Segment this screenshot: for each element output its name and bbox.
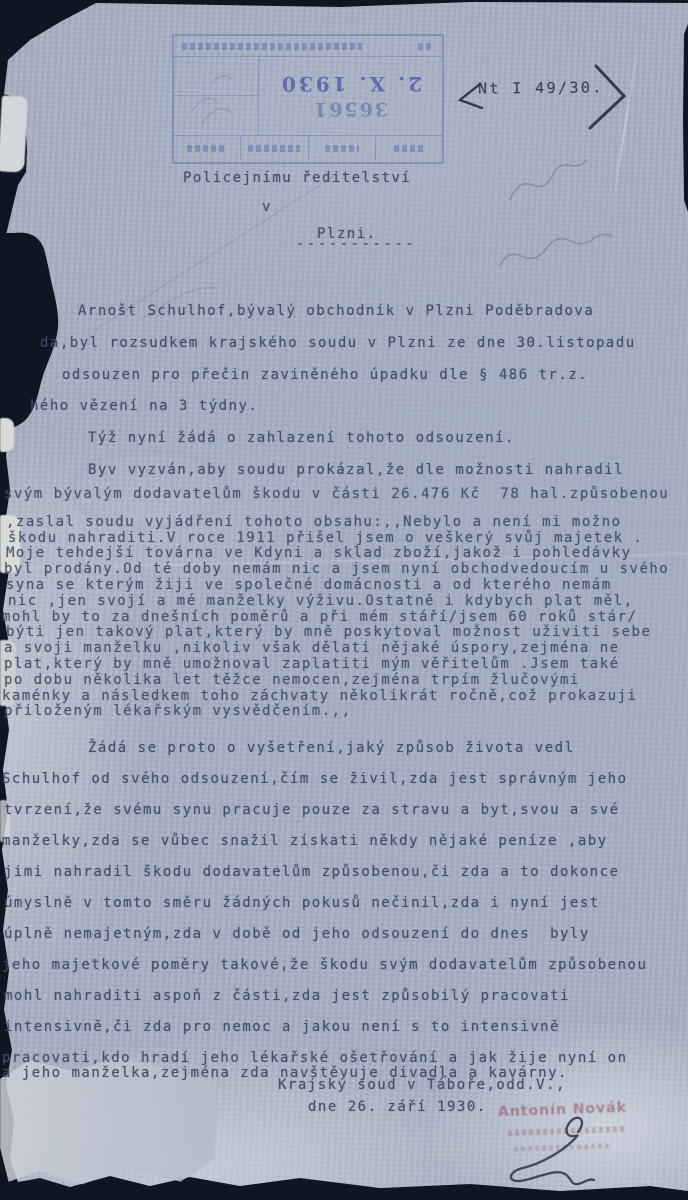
typewritten-line: svým bývalým dodavatelům škodu v části 2… [4, 487, 669, 503]
closing-court-and-date: Krajský soud v Táboře,odd.V.,dne 26. zář… [0, 1074, 566, 1118]
recipient-line: v [262, 199, 272, 215]
typewritten-line: Moje tehdejší továrna ve Kdyni a sklad z… [6, 546, 669, 562]
typed-underline: ----------- [296, 236, 416, 252]
typewritten-line: býti jen takový plat,který by mně poskyt… [6, 625, 669, 641]
typewritten-line: plat,který by mně umožnoval zaplatiti mý… [4, 657, 669, 673]
typewritten-line: Krajský soud v Táboře,odd.V., [278, 1074, 566, 1096]
file-reference: Nt I 49/30. [478, 78, 604, 97]
paragraph-statement: svým bývalým dodavatelům škodu v části 2… [0, 487, 669, 720]
recipient-line: Policejnímu ředitelství [183, 170, 411, 186]
registry-stamp-date: 2. X. 1930 [279, 72, 422, 96]
typewritten-line: syna se kterým žiji ve společné domácnos… [6, 578, 669, 594]
typewritten-line: úmyslně v tomto směru žádných pokusů neč… [4, 888, 647, 919]
typewritten-line: byl prodány.Od té doby nemám nic a jsem … [4, 562, 669, 578]
paragraph-intro: Arnošt Schulhof,bývalý obchodník v Plzni… [0, 296, 636, 487]
typewritten-line: úplně nemajetným,zda v době od jeho odso… [4, 919, 647, 950]
registry-stamp-footer-cells [174, 136, 442, 160]
typewritten-line: Schulhof od svého odsouzení,čím se živil… [2, 764, 647, 795]
typewritten-line: Žádá se proto o vyšetření,jaký způsob ži… [88, 733, 647, 764]
typewritten-line: jeho majetkové poměry takové,že škodu sv… [2, 950, 647, 981]
paragraph-request: Žádá se proto o vyšetření,jaký způsob ži… [0, 733, 647, 1089]
typewritten-line: přiloženým lékařským vysvědčením.,, [4, 704, 669, 720]
typewritten-line: mohl by to za dnešních poměrů a při mém … [2, 610, 669, 626]
typewritten-line: da,byl rozsudkem krajského soudu v Plzni… [40, 328, 636, 360]
registry-stamp-header [174, 36, 442, 57]
typewritten-line: hého vězení na 3 týdny. [30, 391, 636, 423]
registry-stamp-left-cells [174, 57, 259, 135]
typewritten-line: Byv vyzván,aby soudu prokázal,že dle mož… [88, 455, 636, 487]
typewritten-line: ,zaslal soudu vyjádření tohoto obsahu:,,… [6, 515, 669, 531]
typewritten-line: a svoji manželku ,nikoliv však dělati ně… [4, 641, 669, 657]
registry-stamp-box: 2. X. 1930 36561 [172, 34, 444, 164]
typewritten-line: manželky,zda se vůbec snažil získati něk… [2, 826, 647, 857]
torn-edge-fragment [0, 95, 28, 172]
typewritten-line: intensivně,či zda pro nemoc a jakou není… [4, 1012, 647, 1043]
faint-handwriting-marks [182, 63, 248, 129]
typewritten-line: po dobu několika let těžce nemocen,zejmé… [4, 673, 669, 689]
typewritten-line: odsouzen pro přečin zaviněného úpadku dl… [62, 360, 636, 392]
registry-stamp-number: 36561 [312, 98, 388, 120]
scanned-document-photo: 2. X. 1930 36561 Nt I 49/30. Policejnímu… [0, 0, 688, 1200]
typewritten-line: tvrzení,že svému synu pracuje pouze za s… [4, 795, 647, 826]
typewritten-line: mohl nahraditi aspoň z části,zda jest zp… [4, 981, 647, 1012]
typewritten-line: nic ,jen svojí a mé manželky výživu.Osta… [8, 594, 669, 610]
typewritten-line: jimi nahradil škodu dodavatelům způsoben… [4, 857, 647, 888]
typewritten-line: Arnošt Schulhof,bývalý obchodník v Plzni… [78, 296, 636, 328]
illegible-stamp-text [182, 43, 362, 50]
typewritten-line: kaménky a následkem toho záchvaty několi… [2, 689, 669, 705]
illegible-stamp-text [418, 43, 434, 50]
typewritten-line: Týž nyní žádá o zahlazení tohoto odsouze… [88, 423, 636, 455]
